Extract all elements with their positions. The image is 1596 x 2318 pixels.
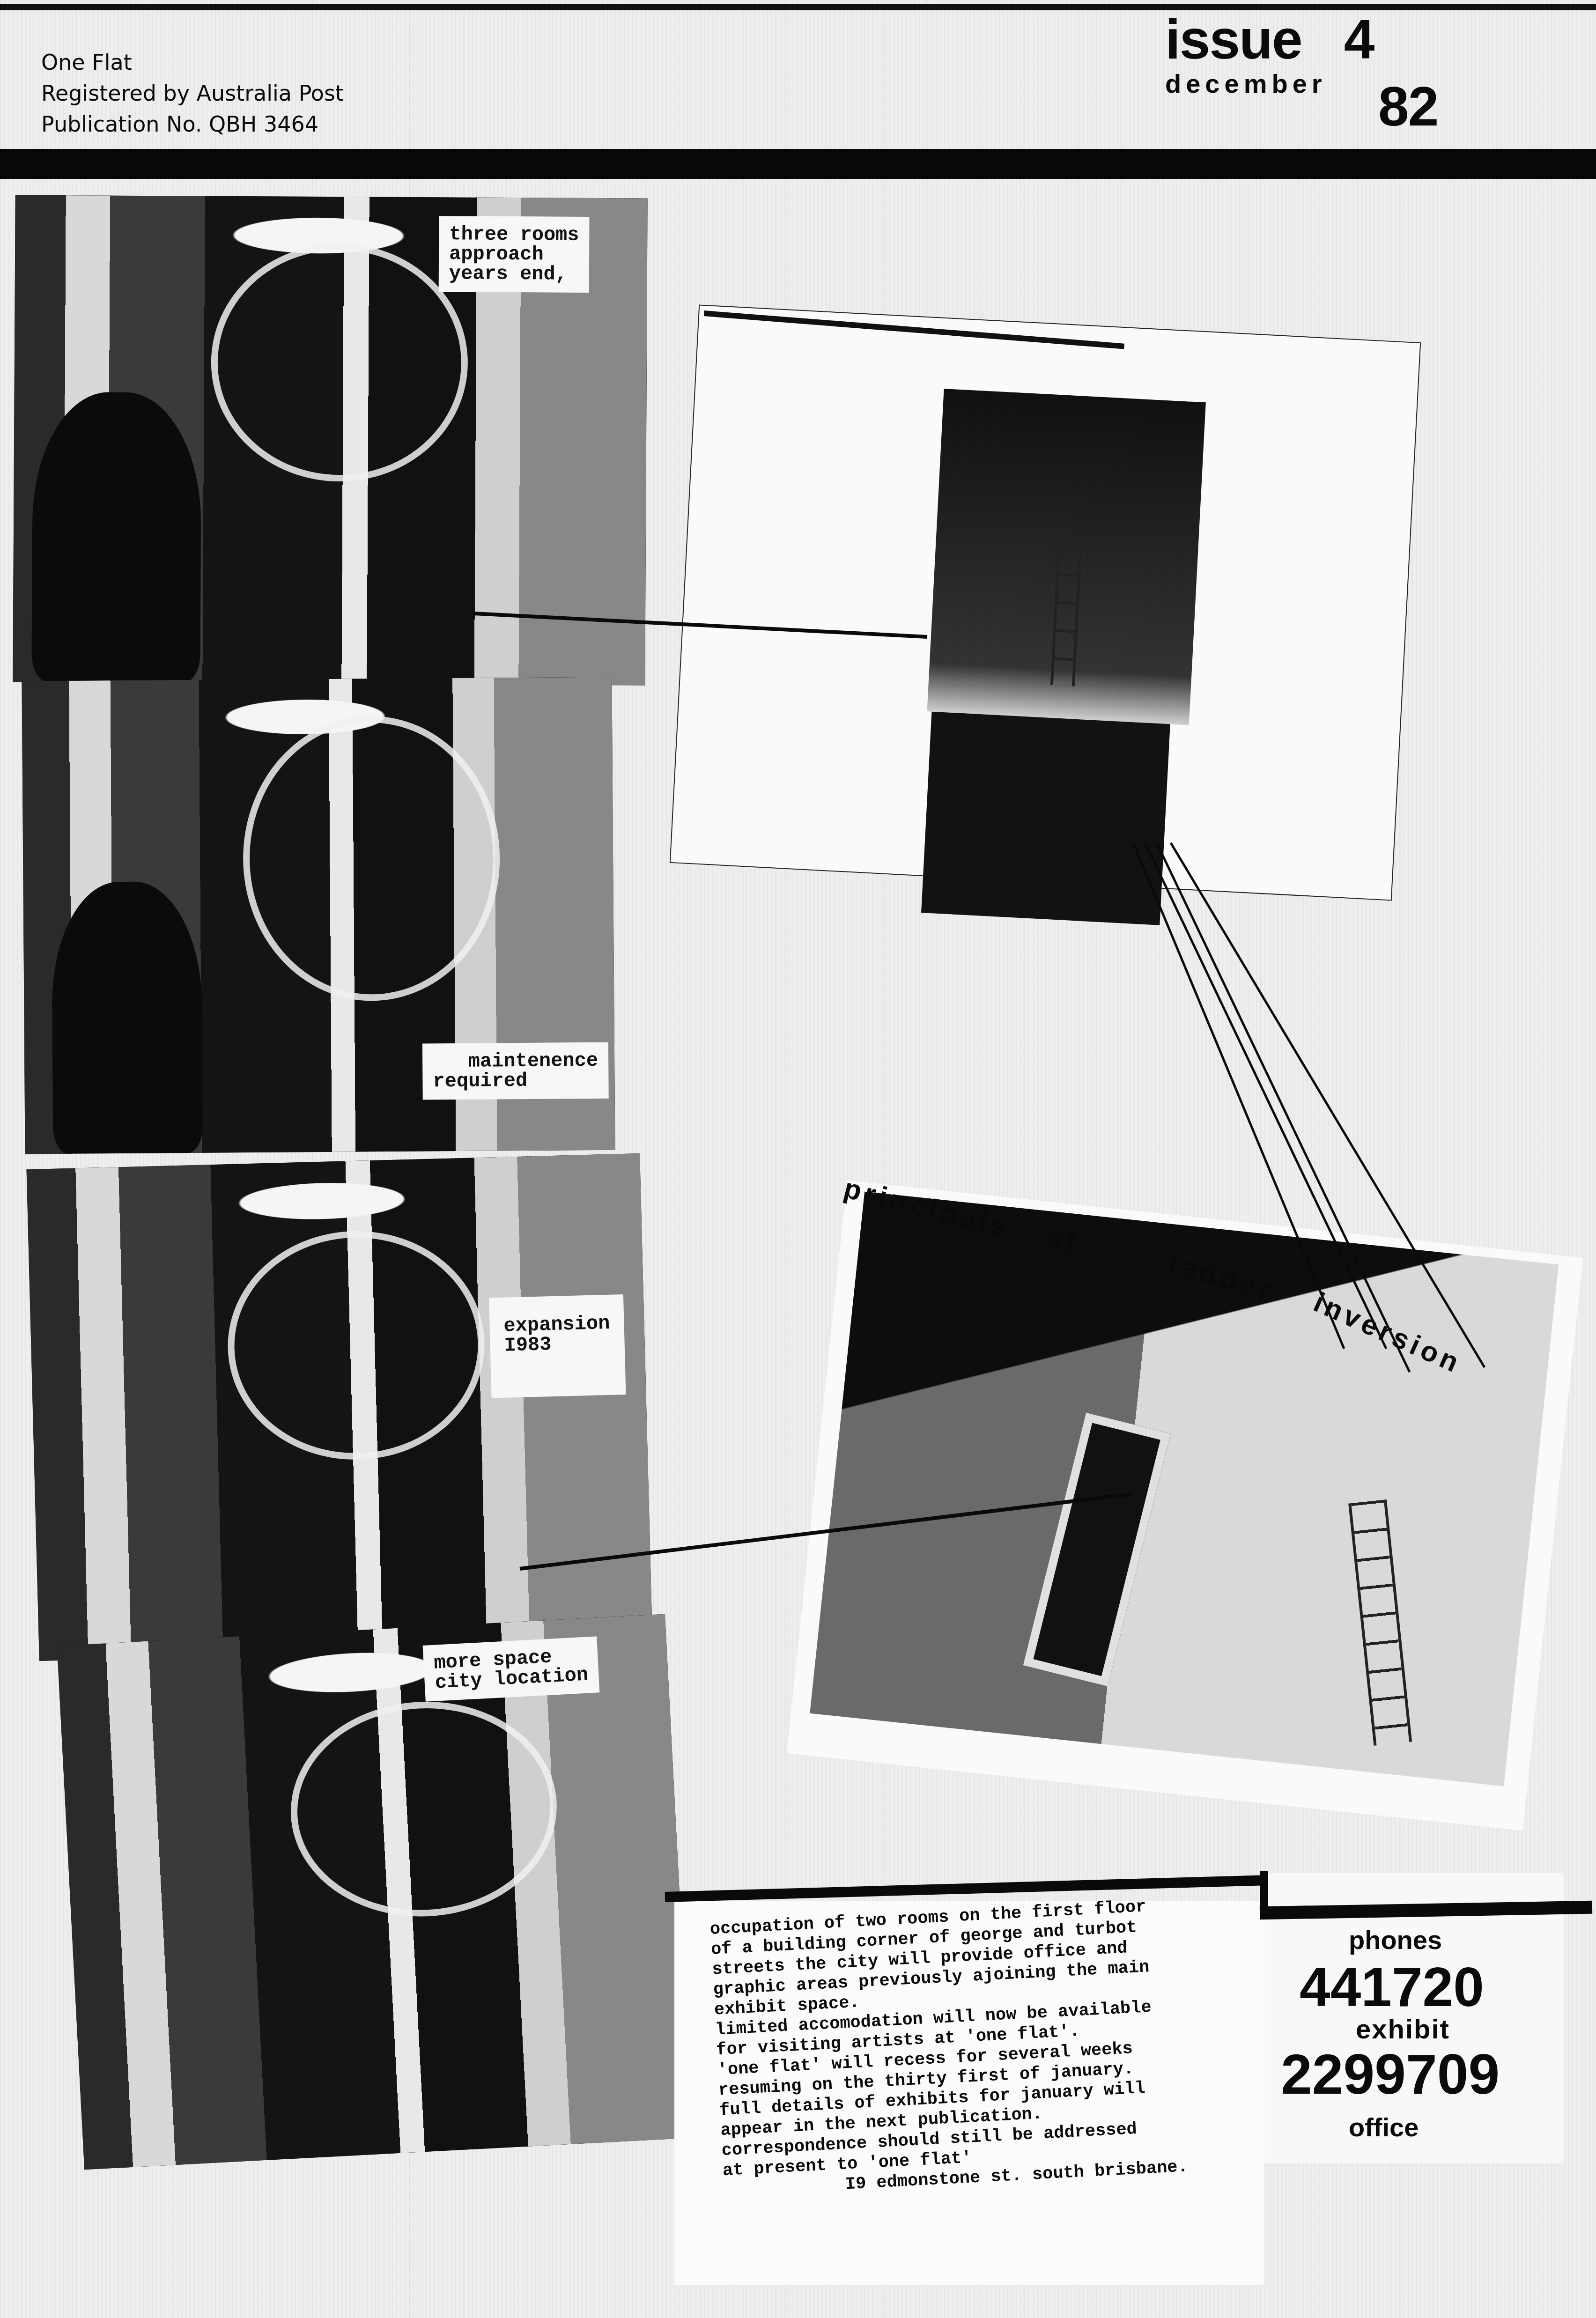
issue-month: december bbox=[1165, 68, 1374, 99]
caption-expansion: expansion I983 bbox=[489, 1294, 626, 1398]
photo-room-3: expansion I983 bbox=[26, 1153, 652, 1661]
photo-room-1: three rooms approach years end, bbox=[13, 195, 647, 685]
light-trail bbox=[242, 715, 501, 1002]
office-phone-label: office bbox=[1349, 2112, 1419, 2142]
issue-block: issue4 december 82 bbox=[1165, 14, 1374, 99]
light-trail bbox=[211, 243, 469, 482]
office-phone-number: 2299709 bbox=[1281, 2046, 1500, 2103]
caption-more-space: more space city location bbox=[423, 1636, 599, 1701]
publication-name: One Flat bbox=[41, 47, 344, 78]
notice-text: occupation of two rooms on the first flo… bbox=[709, 1891, 1267, 2201]
photo-ladder-upright bbox=[670, 304, 1421, 901]
issue-number: 4 bbox=[1344, 9, 1374, 71]
phones-heading: phones bbox=[1349, 1925, 1442, 1955]
publication-info: One Flat Registered by Australia Post Pu… bbox=[41, 47, 344, 140]
person-silhouette bbox=[31, 392, 201, 683]
issue-year: 82 bbox=[1378, 75, 1438, 139]
exhibit-phone-number: 441720 bbox=[1300, 1960, 1484, 2015]
header-band bbox=[0, 149, 1596, 179]
photo-room-4: more space city location bbox=[57, 1614, 693, 2170]
exhibit-phone-label: exhibit bbox=[1356, 2014, 1450, 2045]
phones-rule bbox=[1260, 1871, 1268, 1915]
caption-maintenance: maintenence required bbox=[422, 1042, 609, 1100]
publication-number: Publication No. QBH 3464 bbox=[41, 109, 344, 140]
registration-line: Registered by Australia Post bbox=[41, 78, 344, 109]
caption-three-rooms: three rooms approach years end, bbox=[439, 216, 590, 293]
issue-label: issue bbox=[1165, 9, 1302, 71]
person-silhouette bbox=[51, 881, 203, 1154]
photo-room-2: maintenence required bbox=[22, 677, 615, 1154]
issue-title: issue4 bbox=[1165, 14, 1374, 66]
